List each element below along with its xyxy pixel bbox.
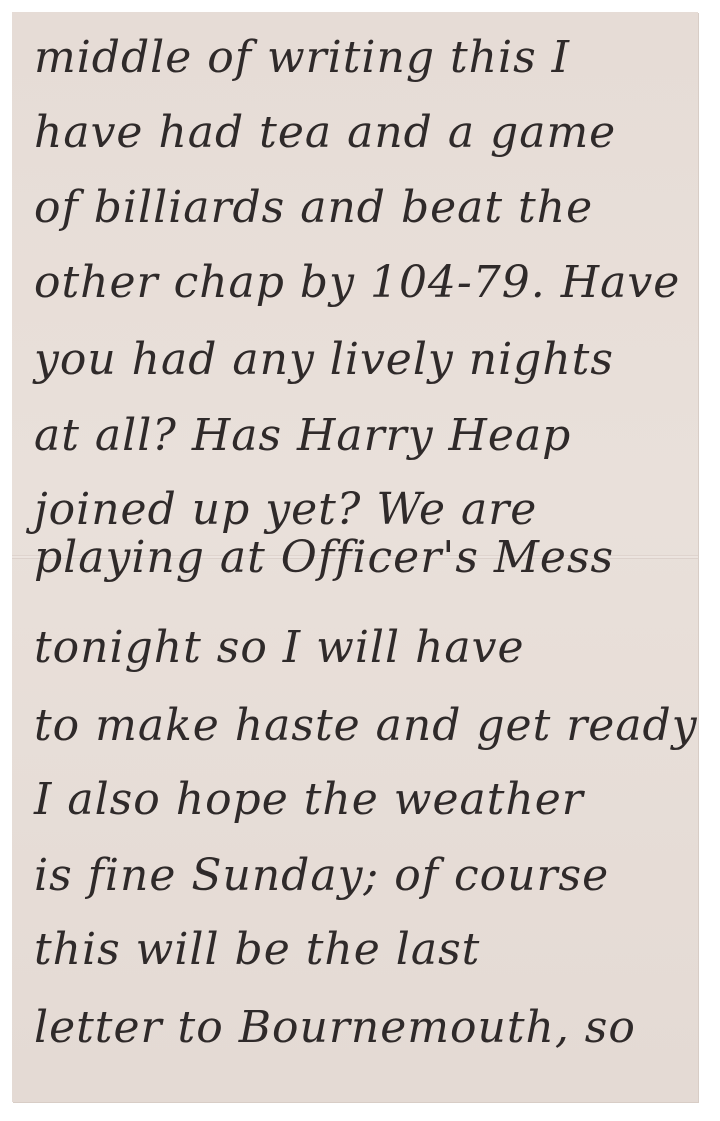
letter-line: playing at Officer's Mess (34, 532, 614, 583)
letter-line: of billiards and beat the (34, 182, 593, 233)
letter-line: you had any lively nights (34, 334, 614, 385)
letter-line: other chap by 104-79. Have (34, 257, 680, 308)
letter-line: I also hope the weather (34, 774, 584, 825)
letter-paper: middle of writing this I have had tea an… (12, 12, 698, 1102)
letter-line: at all? Has Harry Heap (34, 410, 571, 461)
letter-line: middle of writing this I (34, 32, 570, 83)
letter-line: is fine Sunday; of course (34, 850, 609, 901)
letter-line: letter to Bournemouth, so (34, 1002, 636, 1053)
letter-line: joined up yet? We are (34, 484, 537, 535)
letter-line: to make haste and get ready (34, 700, 698, 751)
letter-line: tonight so I will have (34, 622, 525, 673)
letter-line: have had tea and a game (34, 107, 616, 158)
letter-line: this will be the last (34, 924, 480, 975)
